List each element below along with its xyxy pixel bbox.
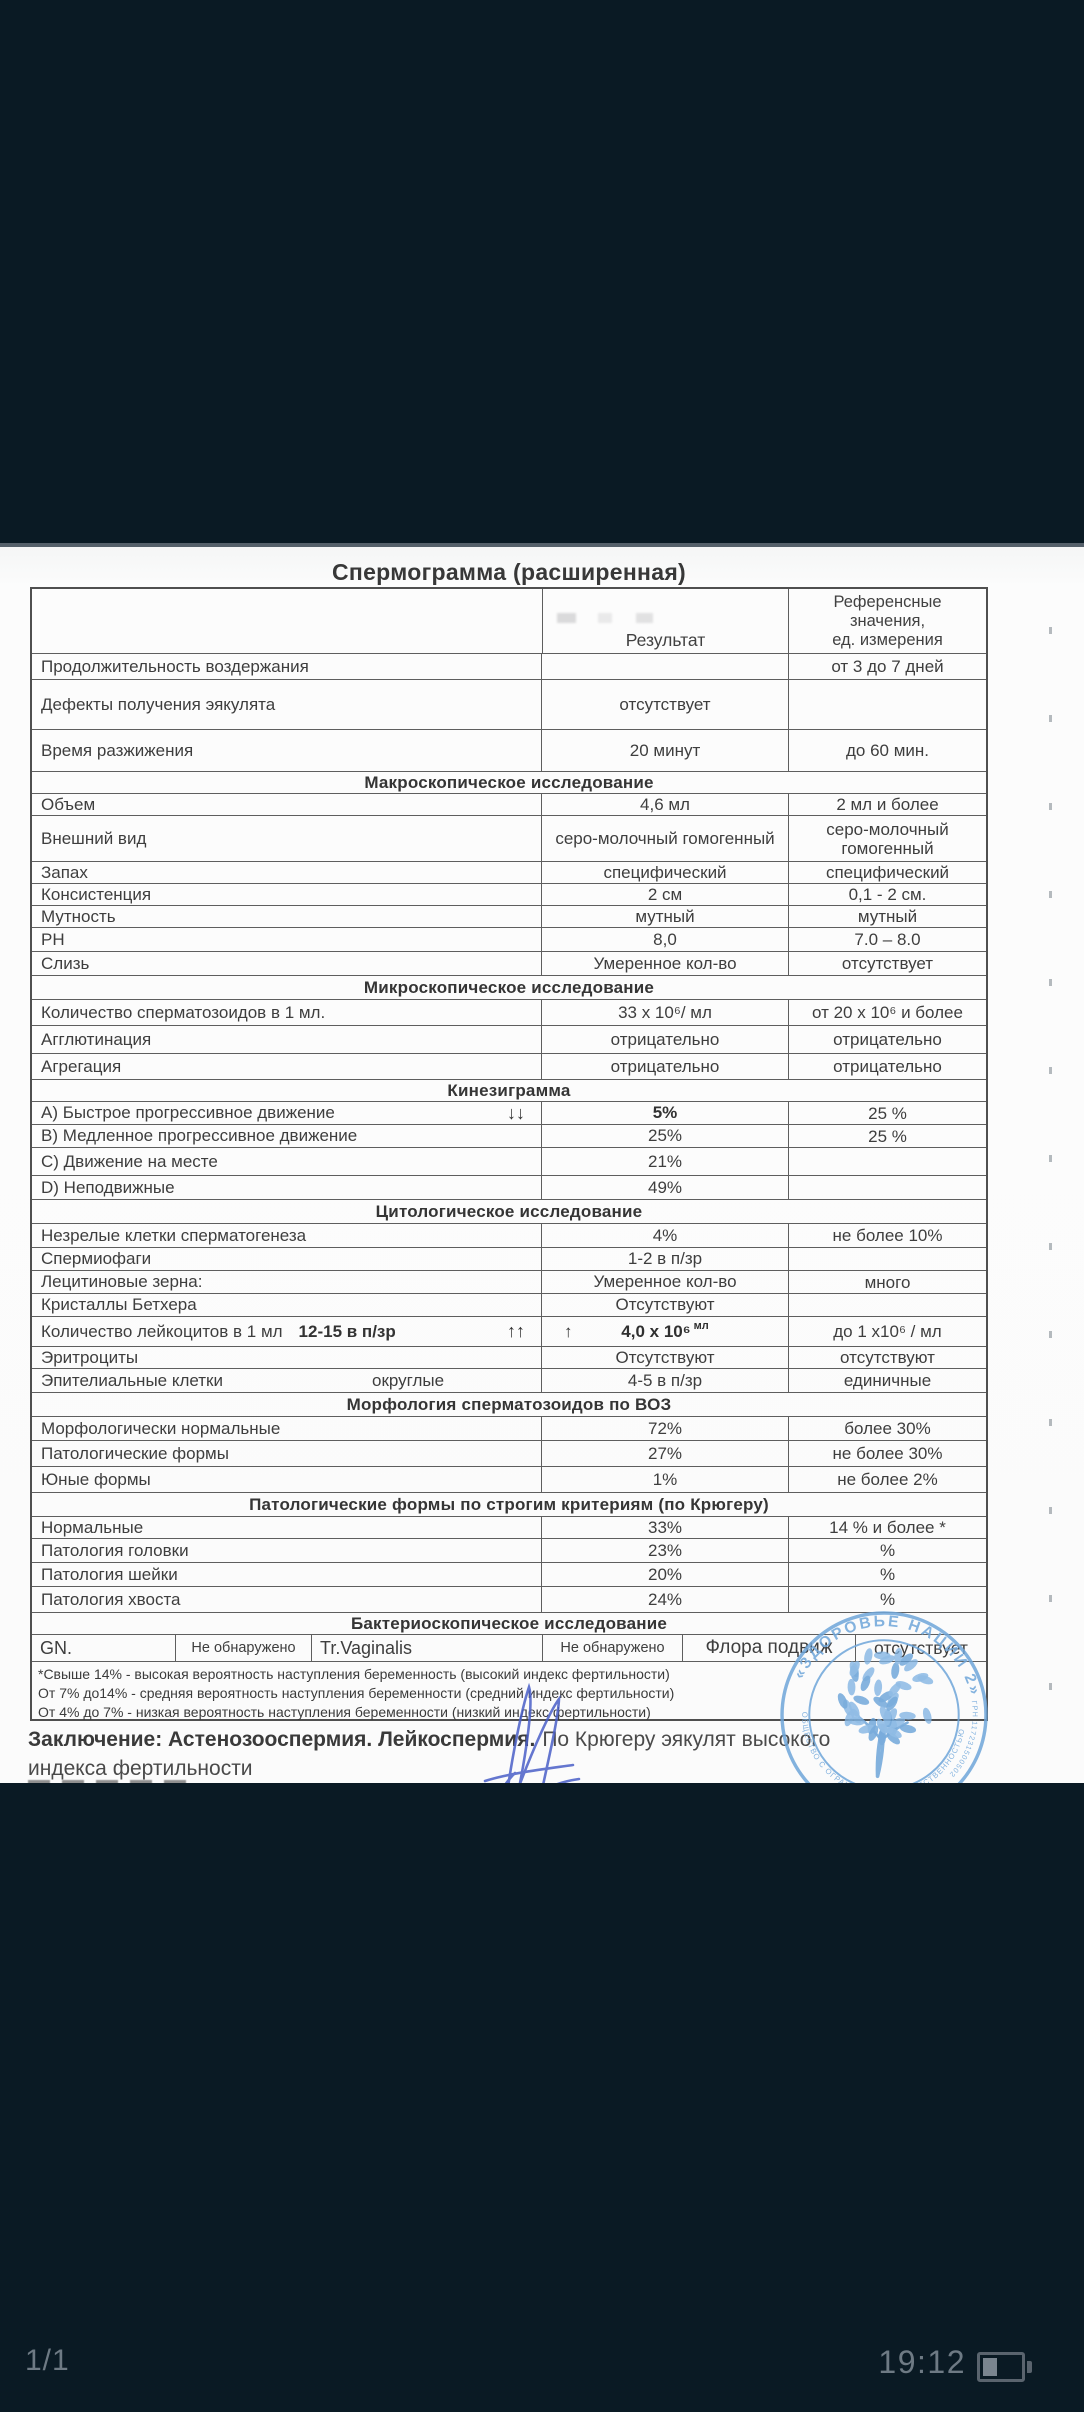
reference-cell: 0,1 - 2 см. [789,884,986,905]
battery-level [983,2358,997,2376]
reference-cell: до 60 мин. [789,730,986,771]
table-body: Продолжительность воздержанияот 3 до 7 д… [32,653,986,1634]
param-cell: Спермиофаги [32,1248,542,1270]
reference-cell: отсутствуют [789,1347,986,1368]
table-header-row: Результат Референсные значения, ед. изме… [32,589,986,653]
document-page[interactable]: Спермограмма (расширенная) Результат Реф… [0,543,1084,1783]
param-cell: Мутность [32,906,542,927]
table-row: C) Движение на месте21% [32,1147,986,1175]
reference-cell: мутный [789,906,986,927]
header-reference-cell: Референсные значения, ед. измерения [789,589,986,653]
result-cell: отрицательно [542,1054,789,1079]
result-cell: 24% [542,1587,789,1612]
param-cell: Агглютинация [32,1026,542,1053]
result-cell: 20 минут [542,730,789,771]
table-row: Внешний видсеро-молочный гомогенныйсеро-… [32,815,986,861]
table-row: Агрегацияотрицательноотрицательно [32,1053,986,1079]
reference-cell [789,1148,986,1175]
stamp-tree-icon [828,1642,941,1782]
result-cell: 4,6 мл [542,794,789,815]
param-cell: Слизь [32,952,542,975]
reference-cell: 25 % [789,1125,986,1147]
result-header-label: Результат [626,630,706,651]
param-cell: Лецитиновые зерна: [32,1271,542,1293]
battery-terminal [1027,2361,1032,2373]
table-row: Количество сперматозоидов в 1 мл.33 x 10… [32,999,986,1025]
table-row: Патологические формы27%не более 30% [32,1440,986,1466]
reference-cell: отрицательно [789,1054,986,1079]
param-cell: Эритроциты [32,1347,542,1368]
table-section-row: Патологические формы по строгим критерия… [32,1492,986,1516]
result-cell: 2 см [542,884,789,905]
table-row: Продолжительность воздержанияот 3 до 7 д… [32,653,986,679]
arrow-indicator-icon: ↑ [564,1322,573,1342]
param-cell: Время разжижения [32,730,542,771]
param-cell: Морфологически нормальные [32,1417,542,1440]
scan-smudge [557,613,677,623]
result-cell: 27% [542,1441,789,1466]
table-row: Кристаллы БетхераОтсутствуют [32,1293,986,1316]
result-cell: 33% [542,1517,789,1538]
param-cell: Незрелые клетки сперматогенеза [32,1224,542,1247]
screen: Спермограмма (расширенная) Результат Реф… [0,0,1084,2412]
scan-edge-artifacts [1049,627,1052,1707]
svg-text:«ЗДОРОВЬЕ НАЦИИ 2»: «ЗДОРОВЬЕ НАЦИИ 2» [790,1604,991,1701]
table-row: Запахспецифическийспецифический [32,861,986,883]
table-row: Нормальные33%14 % и более * [32,1516,986,1538]
result-cell: специфический [542,862,789,883]
table-row: D) Неподвижные49% [32,1175,986,1199]
param-cell: Дефекты получения эякулята [32,680,542,729]
param-cell: Консистенция [32,884,542,905]
table-row: Эпителиальные клеткиокруглые4-5 в п/зред… [32,1368,986,1392]
result-cell: 23% [542,1539,789,1562]
param-cell: B) Медленное прогрессивное движение [32,1125,542,1147]
result-cell [542,654,789,679]
bacterio-cell: Не обнаружено [542,1635,682,1661]
param-cell: Эпителиальные клеткиокруглые [32,1369,542,1392]
result-cell: отсутствует [542,680,789,729]
reference-cell: много [789,1271,986,1293]
reference-cell: 25 % [789,1102,986,1124]
table-row: ЭритроцитыОтсутствуютотсутствуют [32,1346,986,1368]
reference-cell: более 30% [789,1417,986,1440]
reference-cell: 14 % и более * [789,1517,986,1538]
param-cell: Объем [32,794,542,815]
result-cell: 49% [542,1176,789,1199]
result-cell: 8,0 [542,928,789,951]
table-row: Агглютинацияотрицательноотрицательно [32,1025,986,1053]
param-cell: Патологические формы [32,1441,542,1466]
table-row: Мутностьмутныймутный [32,905,986,927]
result-cell: 21% [542,1148,789,1175]
reference-cell: серо-молочный гомогенный [789,816,986,861]
result-cell: серо-молочный гомогенный [542,816,789,861]
table-row: Количество лейкоцитов в 1 мл12-15 в п/зр… [32,1316,986,1346]
table-row: Дефекты получения эякулятаотсутствует [32,679,986,729]
reference-cell: % [789,1563,986,1586]
reference-cell: 7.0 – 8.0 [789,928,986,951]
table-row: Патология головки23%% [32,1538,986,1562]
table-row: СлизьУмеренное кол-воотсутствует [32,951,986,975]
results-table: Результат Референсные значения, ед. изме… [30,587,988,1721]
table-section-row: Цитологическое исследование [32,1199,986,1223]
header-param-cell [32,589,542,653]
table-section-row: Микроскопическое исследование [32,975,986,999]
table-row: Лецитиновые зерна:Умеренное кол-вомного [32,1270,986,1293]
bacterio-cell: GN. [32,1635,175,1661]
result-cell: 72% [542,1417,789,1440]
table-row: Спермиофаги1-2 в п/зр [32,1247,986,1270]
param-cell: Патология хвоста [32,1587,542,1612]
result-cell: 1-2 в п/зр [542,1248,789,1270]
param-cell: Запах [32,862,542,883]
reference-cell: отсутствует [789,952,986,975]
param-cell: Кристаллы Бетхера [32,1294,542,1316]
param-cell: C) Движение на месте [32,1148,542,1175]
table-section-row: Макроскопическое исследование [32,771,986,793]
param-cell: Продолжительность воздержания [32,654,542,679]
result-cell: 4% [542,1224,789,1247]
result-cell: Умеренное кол-во [542,952,789,975]
signature-ink [455,1675,655,1783]
reference-cell: специфический [789,862,986,883]
bacterio-cell: Tr.Vaginalis [311,1635,542,1661]
reference-cell: не более 10% [789,1224,986,1247]
reference-cell: от 3 до 7 дней [789,654,986,679]
cut-off-text-line [28,1780,198,1783]
page-counter: 1/1 [25,2344,70,2378]
table-row: A) Быстрое прогрессивное движение↓↓5%25 … [32,1101,986,1124]
param-cell: Внешний вид [32,816,542,861]
clock-text: 19:12 [878,2344,966,2381]
reference-cell: отрицательно [789,1026,986,1053]
result-cell: 5% [542,1102,789,1124]
result-cell: 33 x 10⁶/ мл [542,1000,789,1025]
result-cell: Отсутствуют [542,1347,789,1368]
bacterio-cell: Не обнаружено [175,1635,311,1661]
result-cell: мутный [542,906,789,927]
result-cell: 1% [542,1467,789,1492]
reference-cell: не более 30% [789,1441,986,1466]
result-cell: 25% [542,1125,789,1147]
param-cell: D) Неподвижные [32,1176,542,1199]
reference-cell [789,1294,986,1316]
result-cell: Отсутствуют [542,1294,789,1316]
conclusion-text: Заключение: Астенозооспермия. Лейкосперм… [28,1725,878,1783]
reference-cell: % [789,1539,986,1562]
table-row: Юные формы1%не более 2% [32,1466,986,1492]
reference-cell [789,1248,986,1270]
param-cell: Патология головки [32,1539,542,1562]
reference-cell: до 1 х10⁶ / мл [789,1317,986,1346]
table-row: Консистенция2 см0,1 - 2 см. [32,883,986,905]
param-cell: Нормальные [32,1517,542,1538]
battery-icon [977,2352,1025,2382]
document-title: Спермограмма (расширенная) [30,559,988,586]
table-row: Морфологически нормальные72%более 30% [32,1416,986,1440]
table-row: Патология шейки20%% [32,1562,986,1586]
table-section-row: Кинезиграмма [32,1079,986,1101]
param-cell: Юные формы [32,1467,542,1492]
arrow-indicator-icon: ↓↓ [507,1103,525,1124]
reference-cell [789,680,986,729]
reference-cell: не более 2% [789,1467,986,1492]
param-cell: Количество сперматозоидов в 1 мл. [32,1000,542,1025]
arrow-indicator-icon: ↑↑ [507,1321,525,1342]
result-cell: ↑4,0 x 10⁶мл [542,1317,789,1346]
clinic-stamp: «ЗДОРОВЬЕ НАЦИИ 2» ОБЩЕСТВО С ОГРАНИЧЕНН… [768,1599,1001,1783]
reference-cell: единичные [789,1369,986,1392]
table-row: Незрелые клетки сперматогенеза4%не более… [32,1223,986,1247]
table-row: Объем4,6 мл2 мл и более [32,793,986,815]
param-cell: Количество лейкоцитов в 1 мл12-15 в п/зр… [32,1317,542,1346]
header-result-cell: Результат [542,589,789,653]
table-section-row: Морфология сперматозоидов по ВОЗ [32,1392,986,1416]
stamp-name-text: «ЗДОРОВЬЕ НАЦИИ 2» [790,1604,991,1701]
result-cell: Умеренное кол-во [542,1271,789,1293]
table-row: PH8,07.0 – 8.0 [32,927,986,951]
param-cell: Агрегация [32,1054,542,1079]
param-cell: A) Быстрое прогрессивное движение↓↓ [32,1102,542,1124]
reference-cell [789,1176,986,1199]
param-cell: Патология шейки [32,1563,542,1586]
table-row: B) Медленное прогрессивное движение25%25… [32,1124,986,1147]
table-row: Время разжижения20 минутдо 60 мин. [32,729,986,771]
result-cell: 20% [542,1563,789,1586]
param-cell: PH [32,928,542,951]
result-cell: 4-5 в п/зр [542,1369,789,1392]
result-cell: отрицательно [542,1026,789,1053]
reference-cell: 2 мл и более [789,794,986,815]
reference-cell: от 20 x 10⁶ и более [789,1000,986,1025]
